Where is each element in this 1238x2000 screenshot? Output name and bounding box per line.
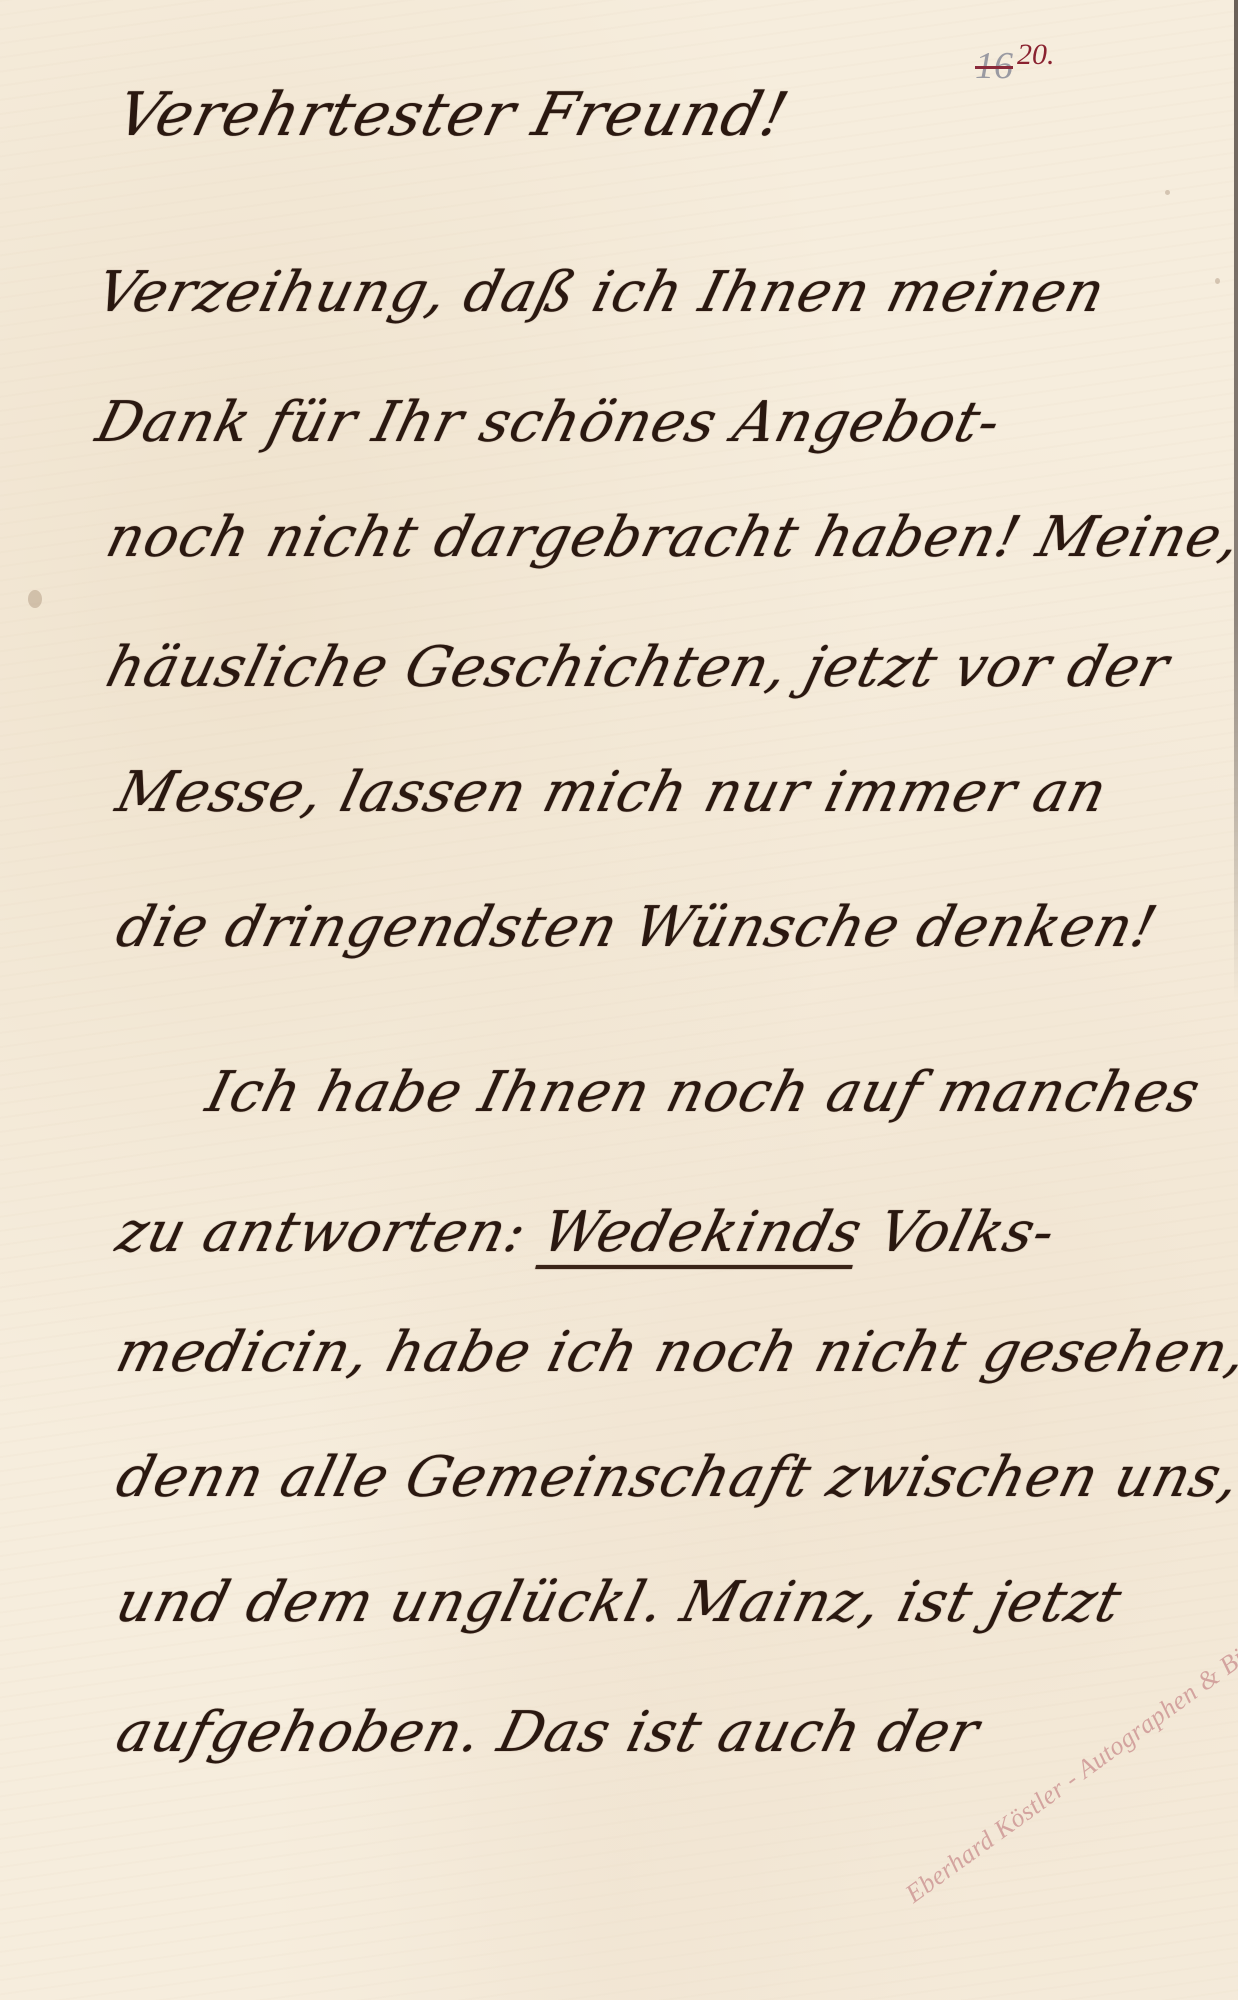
- letter-line: medicin, habe ich noch nicht gesehen,: [110, 1320, 1238, 1385]
- letter-line-with-underline: zu antworten: Wedekinds Volks-: [110, 1200, 1062, 1265]
- letter-line: denn alle Gemeinschaft zwischen uns,: [110, 1445, 1238, 1510]
- letter-line: Ich habe Ihnen noch auf manches: [200, 1060, 1207, 1125]
- paper-stain: [1165, 190, 1170, 195]
- letter-line: Dank für Ihr schönes Angebot-: [90, 390, 1008, 455]
- letter-line: aufgehoben. Das ist auch der: [110, 1700, 986, 1765]
- folio-current-number: 20.: [1017, 38, 1055, 71]
- letter-page: 1620. Verehrtester Freund! Verzeihung, d…: [0, 0, 1238, 2000]
- folio-struck-number: 16: [975, 45, 1013, 87]
- letter-line: häusliche Geschichten, jetzt vor der: [100, 635, 1176, 700]
- underlined-name: Wedekinds: [536, 1200, 869, 1265]
- folio-number: 1620.: [975, 38, 1055, 88]
- page-edge: [1234, 0, 1238, 1000]
- paper-stain: [28, 590, 42, 608]
- paper-stain: [1215, 278, 1220, 284]
- salutation: Verehrtester Freund!: [110, 80, 796, 150]
- letter-line: Verzeihung, daß ich Ihnen meinen: [90, 260, 1112, 325]
- letter-line: Messe, lassen mich nur immer an: [110, 760, 1114, 825]
- letter-line: noch nicht dargebracht haben! Meine,: [100, 505, 1238, 570]
- letter-line: die dringendsten Wünsche denken!: [110, 895, 1164, 960]
- letter-text: zu antworten:: [110, 1200, 534, 1265]
- letter-text: Volks-: [872, 1200, 1063, 1265]
- letter-line: und dem unglückl. Mainz, ist jetzt: [110, 1570, 1128, 1635]
